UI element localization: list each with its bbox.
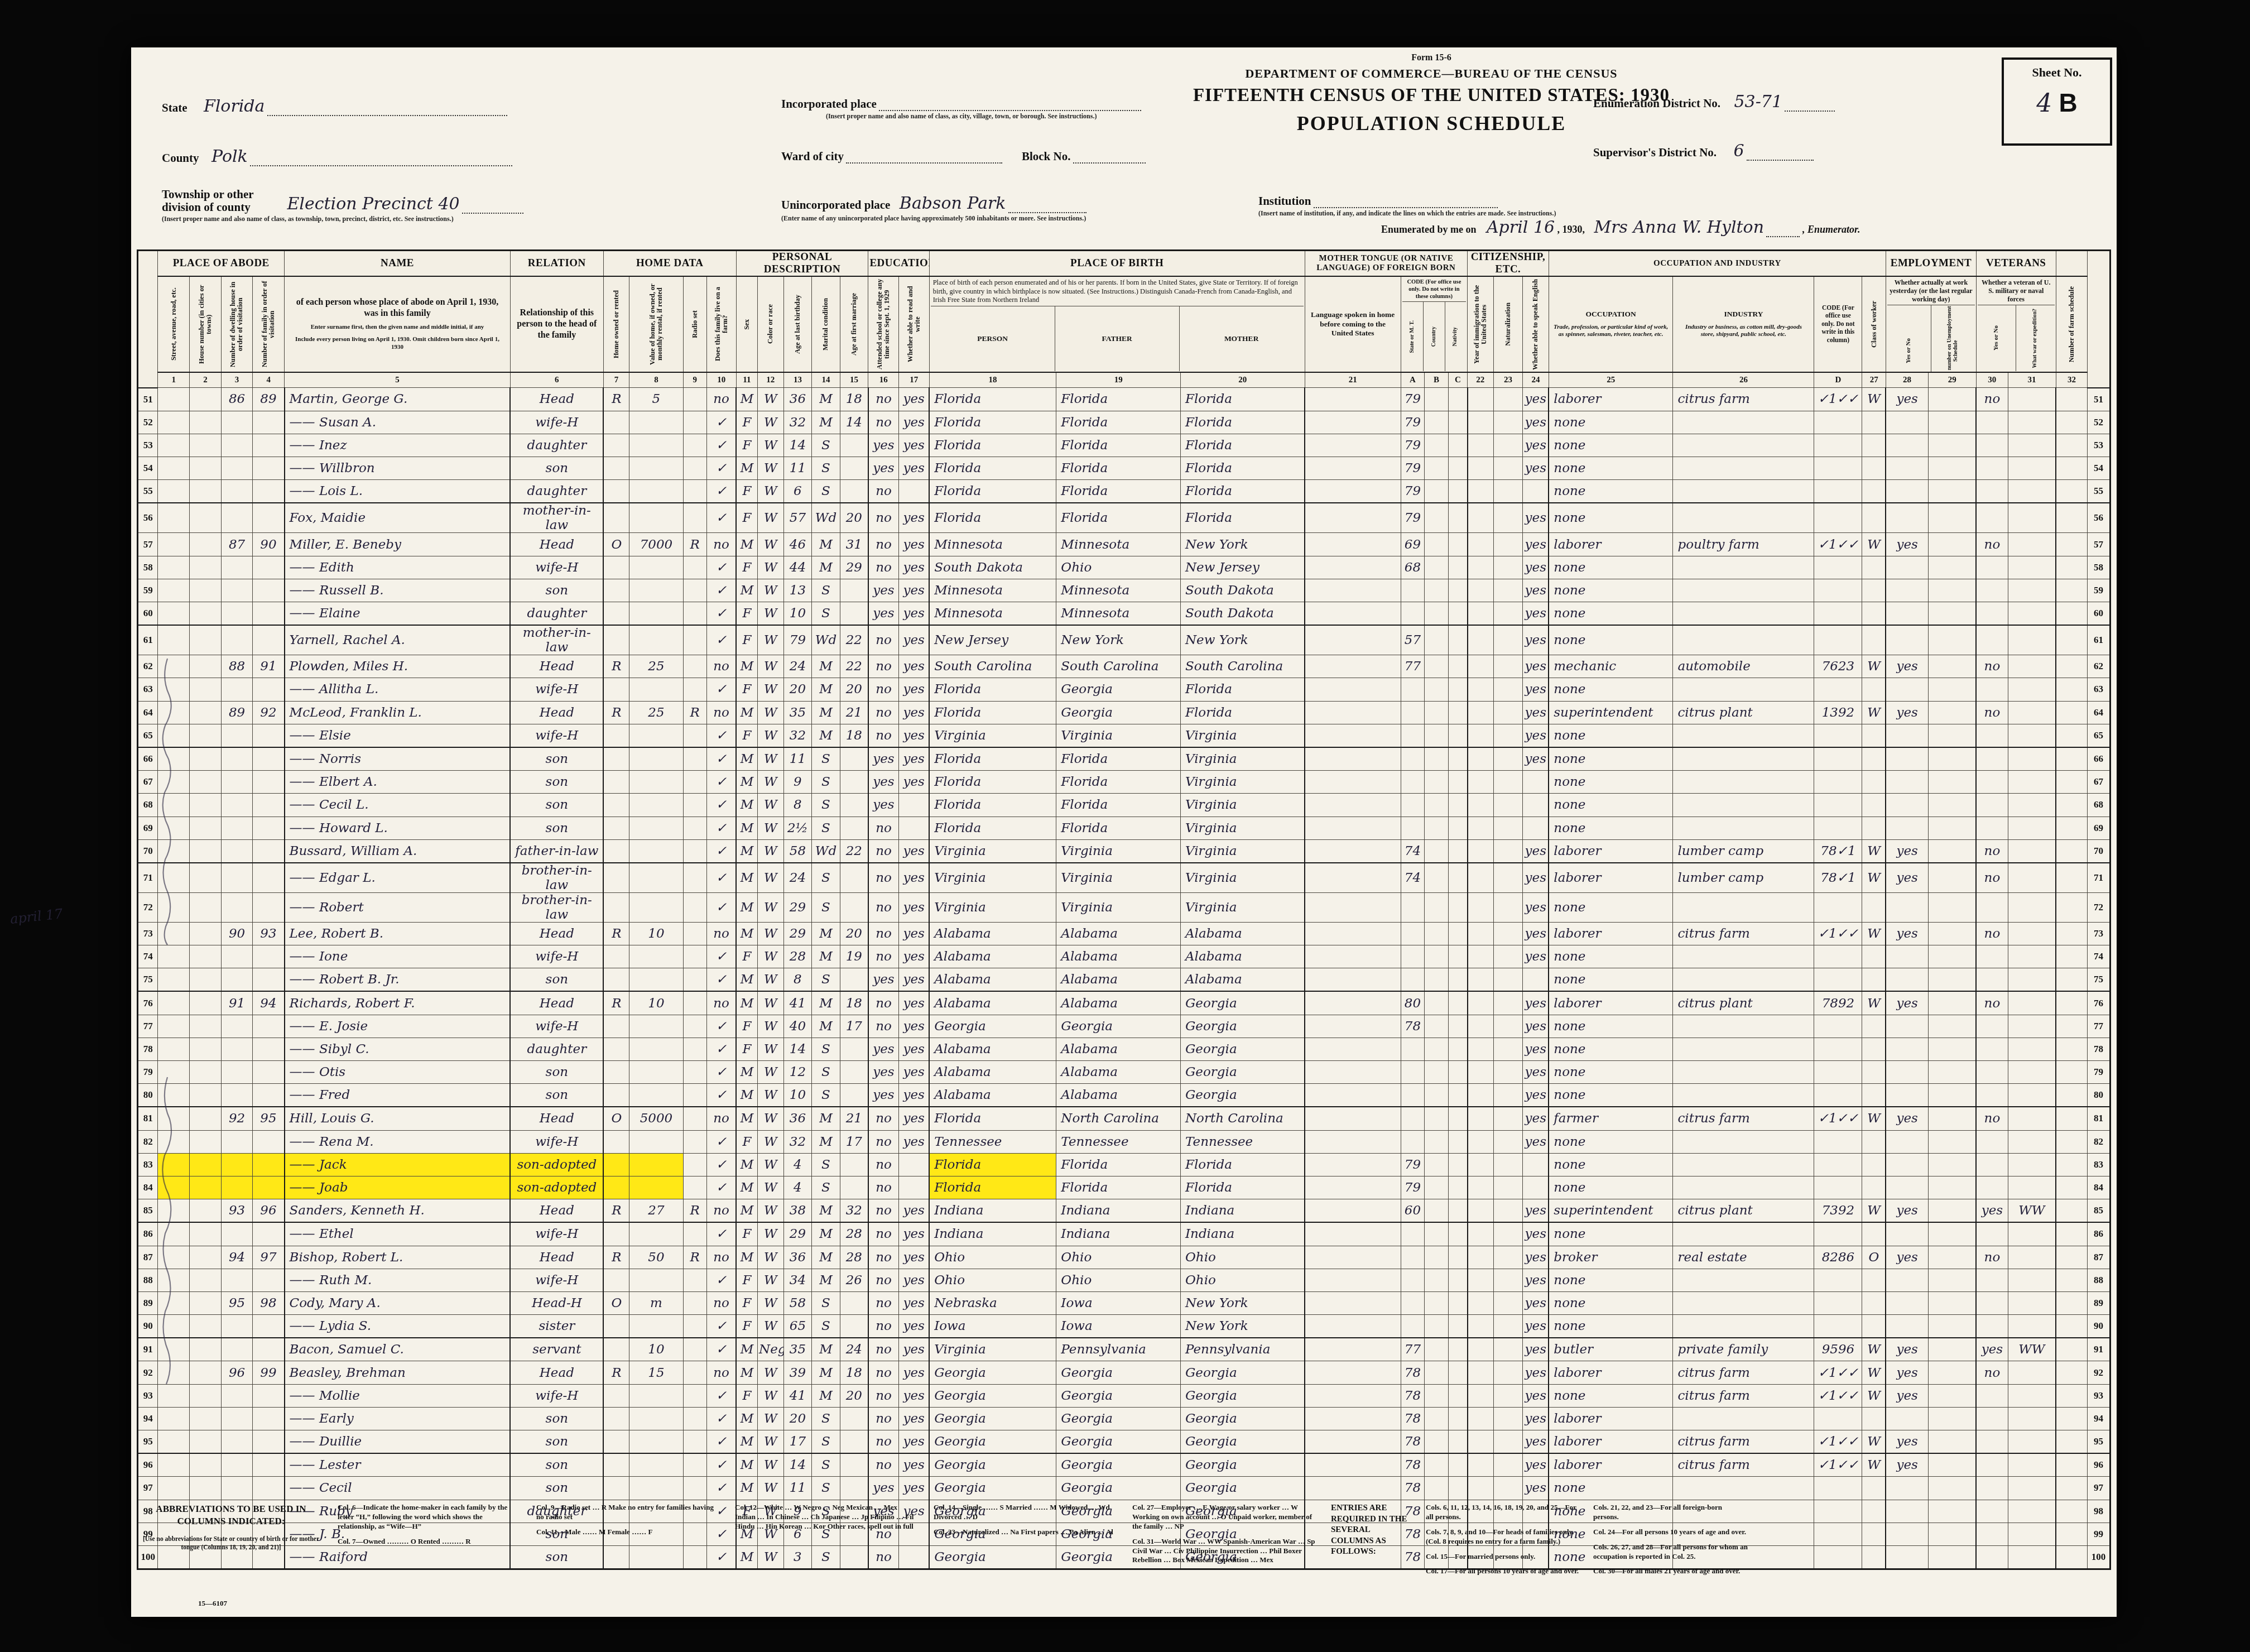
cell-st	[158, 945, 190, 968]
cell-cl	[1862, 1084, 1886, 1107]
cell-fm	[253, 602, 285, 626]
cell-im	[1468, 701, 1494, 724]
cell-un	[1928, 1222, 1976, 1246]
cell-na	[1493, 839, 1523, 863]
cell-oc: butler	[1549, 1338, 1673, 1361]
cell-rc: W	[758, 533, 784, 556]
cell-p1: Indiana	[929, 1222, 1056, 1246]
cell-rc: W	[758, 1384, 784, 1407]
incorporated-rule	[879, 97, 1141, 111]
cell-in	[1673, 678, 1814, 701]
cell-dw: 87	[221, 533, 253, 556]
line-number-col-right	[2088, 251, 2110, 388]
street-column-handwriting	[160, 656, 175, 946]
cell-ag: 17	[783, 1430, 812, 1454]
cell-ca: 78	[1401, 1453, 1425, 1477]
cell-rc: W	[758, 556, 784, 579]
line-number-right: 76	[2088, 991, 2110, 1015]
cell-wk	[1886, 678, 1928, 701]
cell-vt	[1976, 1222, 2008, 1246]
cell-vt	[1976, 434, 2008, 457]
cell-p3: Georgia	[1180, 1038, 1305, 1060]
cell-wr	[2008, 1291, 2056, 1314]
language-col-header: Language spoken in home before coming to…	[1305, 276, 1401, 372]
cell-sc: yes	[868, 602, 899, 626]
cell-fa: ✓	[707, 1153, 737, 1176]
col-header: Color or race	[758, 276, 784, 372]
cell-wr	[2008, 1153, 2056, 1176]
cell-fs	[2056, 1084, 2088, 1107]
cell-dw	[221, 1153, 253, 1176]
cell-sx: M	[736, 1153, 757, 1176]
cell-p1: Virginia	[929, 839, 1056, 863]
cell-hn	[190, 480, 222, 503]
cell-lg	[1305, 945, 1401, 968]
cell-vt: no	[1976, 1361, 2008, 1384]
cell-sc: no	[868, 1338, 899, 1361]
cell-rc: W	[758, 1269, 784, 1291]
cell-in	[1673, 411, 1814, 434]
cell-r	[683, 1407, 707, 1430]
cell-fs	[2056, 1453, 2088, 1477]
cell-rl: brother-in-law	[510, 892, 603, 922]
cell-lg	[1305, 1153, 1401, 1176]
legend-col31: Col. 31—World War … WW Spanish-American …	[1132, 1537, 1316, 1565]
cell-oc: none	[1549, 1222, 1673, 1246]
cell-ms: S	[812, 480, 840, 503]
cell-rl: daughter	[510, 602, 603, 626]
cell-rl: wife-H	[510, 1015, 603, 1038]
col-header: Marital condition	[812, 276, 840, 372]
cell-cl: W	[1862, 922, 1886, 945]
cell-am	[840, 747, 868, 771]
cell-ca	[1401, 892, 1425, 922]
cell-ag: 38	[783, 1199, 812, 1223]
cell-ag: 8	[783, 968, 812, 992]
institution-field: Institution (Insert name of institution,…	[1258, 194, 1556, 218]
person-row-52: 52—— Susan A.wife-H✓FW32M14noyesFloridaF…	[138, 411, 2110, 434]
cell-cc	[1448, 863, 1467, 893]
cell-oc: laborer	[1549, 1430, 1673, 1454]
cell-na	[1493, 1176, 1523, 1199]
cell-wk	[1886, 724, 1928, 747]
cell-p1: Virginia	[929, 1338, 1056, 1361]
line-number-right: 95	[2088, 1430, 2110, 1454]
cell-wr	[2008, 945, 2056, 968]
cell-cb	[1425, 1477, 1449, 1500]
cell-sc: yes	[868, 1038, 899, 1060]
cell-hn	[190, 1269, 222, 1291]
cell-in	[1673, 968, 1814, 992]
cell-dw	[221, 945, 253, 968]
cell-p3: Georgia	[1180, 1407, 1305, 1430]
cell-cb	[1425, 1130, 1449, 1153]
cell-rl: daughter	[510, 1038, 603, 1060]
cell-dw	[221, 602, 253, 626]
cell-en: yes	[1523, 1430, 1549, 1454]
line-number-right: 60	[2088, 602, 2110, 626]
cell-cd	[1814, 892, 1862, 922]
cell-am	[840, 1038, 868, 1060]
cell-un	[1928, 991, 1976, 1015]
person-row-95: 95—— Duillieson✓MW17SnoyesGeorgiaGeorgia…	[138, 1430, 2110, 1454]
cell-sx: F	[736, 1384, 757, 1407]
cell-o: R	[603, 1199, 629, 1223]
cell-vt	[1976, 1384, 2008, 1407]
cell-fm	[253, 817, 285, 839]
cell-nm: —— Jack	[285, 1153, 511, 1176]
cell-sx: M	[736, 892, 757, 922]
cell-dw	[221, 1222, 253, 1246]
cell-r	[683, 863, 707, 893]
cell-p1: Minnesota	[929, 602, 1056, 626]
cell-cb	[1425, 1199, 1449, 1223]
cell-fa: ✓	[707, 1061, 737, 1084]
cell-nm: Plowden, Miles H.	[285, 655, 511, 678]
cell-rw: yes	[899, 922, 930, 945]
cell-lg	[1305, 655, 1401, 678]
line-number-right: 96	[2088, 1453, 2110, 1477]
line-number-right: 74	[2088, 945, 2110, 968]
cell-fa: no	[707, 991, 737, 1015]
cell-ca: 79	[1401, 411, 1425, 434]
line-number-right: 63	[2088, 678, 2110, 701]
cell-v: 25	[629, 655, 683, 678]
line-number: 58	[138, 556, 158, 579]
cell-p1: Georgia	[929, 1407, 1056, 1430]
cell-cd	[1814, 1130, 1862, 1153]
cell-un	[1928, 1130, 1976, 1153]
line-number-right: 64	[2088, 701, 2110, 724]
cell-sx: M	[736, 817, 757, 839]
cell-im	[1468, 503, 1494, 533]
cell-o	[603, 1315, 629, 1338]
cell-r: R	[683, 701, 707, 724]
cell-lg	[1305, 1222, 1401, 1246]
cell-p2: Florida	[1056, 503, 1181, 533]
cell-fm	[253, 411, 285, 434]
cell-fa: ✓	[707, 945, 737, 968]
cell-p1: Nebraska	[929, 1291, 1056, 1314]
cell-sc: no	[868, 1199, 899, 1223]
cell-rw	[899, 1176, 930, 1199]
cell-cd	[1814, 968, 1862, 992]
cell-im	[1468, 1291, 1494, 1314]
cell-p3: Georgia	[1180, 1384, 1305, 1407]
cell-un	[1928, 1176, 1976, 1199]
cell-en: yes	[1523, 1199, 1549, 1223]
cell-na	[1493, 922, 1523, 945]
cell-un	[1928, 411, 1976, 434]
cell-o	[603, 625, 629, 655]
cell-fa: ✓	[707, 579, 737, 602]
cell-o	[603, 434, 629, 457]
cell-fm	[253, 457, 285, 480]
cell-en: yes	[1523, 655, 1549, 678]
sheet-number-box: Sheet No. 4 B	[2002, 57, 2112, 146]
col-header: Attended school or college any time sinc…	[868, 276, 899, 372]
cell-fs	[2056, 1246, 2088, 1269]
cell-rc: W	[758, 892, 784, 922]
cell-ms: S	[812, 579, 840, 602]
cell-st	[158, 1038, 190, 1060]
cell-p1: South Dakota	[929, 556, 1056, 579]
cell-fm	[253, 839, 285, 863]
cell-r	[683, 1338, 707, 1361]
cell-vt	[1976, 1015, 2008, 1038]
cell-rw: yes	[899, 892, 930, 922]
cell-im	[1468, 655, 1494, 678]
legend-note: [Use no abbreviations for State or count…	[139, 1535, 323, 1552]
cell-cc	[1448, 655, 1467, 678]
cell-sc: no	[868, 556, 899, 579]
cell-en: yes	[1523, 1407, 1549, 1430]
cell-st	[158, 434, 190, 457]
cell-p2: Virginia	[1056, 892, 1181, 922]
cell-cl	[1862, 817, 1886, 839]
cell-im	[1468, 1361, 1494, 1384]
cell-fs	[2056, 945, 2088, 968]
cell-rc: W	[758, 724, 784, 747]
cell-dw: 89	[221, 701, 253, 724]
cell-in: citrus plant	[1673, 701, 1814, 724]
cell-un	[1928, 655, 1976, 678]
cell-sx: F	[736, 1291, 757, 1314]
line-number: 79	[138, 1061, 158, 1084]
cell-wk	[1886, 1153, 1928, 1176]
cell-am	[840, 1153, 868, 1176]
cell-fa: no	[707, 533, 737, 556]
person-row-54: 54—— Willbronson✓MW11SyesyesFloridaFlori…	[138, 457, 2110, 480]
person-row-51: 518689Martin, George G.HeadR5noMW36M18no…	[138, 388, 2110, 411]
cell-cb	[1425, 1338, 1449, 1361]
cell-nm: Martin, George G.	[285, 388, 511, 411]
cell-cl	[1862, 480, 1886, 503]
cell-wk: yes	[1886, 1199, 1928, 1223]
cell-oc: none	[1549, 1038, 1673, 1060]
cell-ca	[1401, 1315, 1425, 1338]
cell-p2: Georgia	[1056, 701, 1181, 724]
cell-dw: 94	[221, 1246, 253, 1269]
group-g_education: EDUCATION	[868, 251, 929, 277]
line-number-right: 65	[2088, 724, 2110, 747]
col-number-27: 27	[1862, 372, 1886, 388]
cell-cb	[1425, 602, 1449, 626]
cell-wr	[2008, 1453, 2056, 1477]
cell-cd	[1814, 457, 1862, 480]
cell-wk	[1886, 434, 1928, 457]
cell-ms: S	[812, 1176, 840, 1199]
cell-fm	[253, 1407, 285, 1430]
cell-im	[1468, 922, 1494, 945]
cell-un	[1928, 1291, 1976, 1314]
cell-dw	[221, 1130, 253, 1153]
cell-ag: 36	[783, 388, 812, 411]
cell-fa: ✓	[707, 678, 737, 701]
cell-im	[1468, 892, 1494, 922]
cell-oc: none	[1549, 1291, 1673, 1314]
cell-oc: laborer	[1549, 1407, 1673, 1430]
cell-ca	[1401, 1269, 1425, 1291]
cell-p2: Georgia	[1056, 1015, 1181, 1038]
cell-fa: no	[707, 922, 737, 945]
cell-rw: yes	[899, 602, 930, 626]
cell-wk	[1886, 892, 1928, 922]
cell-fs	[2056, 1291, 2088, 1314]
cell-dw	[221, 1384, 253, 1407]
cell-rc: W	[758, 678, 784, 701]
cell-cb	[1425, 968, 1449, 992]
cell-hn	[190, 701, 222, 724]
census-sheet: Form 15-6 DEPARTMENT OF COMMERCE—BUREAU …	[131, 47, 2117, 1617]
cell-fm	[253, 724, 285, 747]
cell-p2: Florida	[1056, 794, 1181, 817]
line-number: 72	[138, 892, 158, 922]
cell-rc: W	[758, 1246, 784, 1269]
person-row-69: 69—— Howard L.son✓MW2½SnoFloridaFloridaV…	[138, 817, 2110, 839]
cell-ms: M	[812, 1246, 840, 1269]
cell-vt	[1976, 817, 2008, 839]
cell-p1: Georgia	[929, 1361, 1056, 1384]
cell-o: R	[603, 655, 629, 678]
cell-v	[629, 968, 683, 992]
cell-im	[1468, 817, 1494, 839]
cell-na	[1493, 991, 1523, 1015]
cell-v	[629, 1038, 683, 1060]
cell-v	[629, 945, 683, 968]
cell-p1: Georgia	[929, 1384, 1056, 1407]
cell-am	[840, 968, 868, 992]
cell-p3: Georgia	[1180, 1084, 1305, 1107]
cell-na	[1493, 1061, 1523, 1084]
cell-p1: Florida	[929, 457, 1056, 480]
cell-sx: F	[736, 724, 757, 747]
unincorporated-rule	[1008, 199, 1086, 213]
cell-sx: M	[736, 1338, 757, 1361]
cell-rl: Head	[510, 1107, 603, 1130]
cell-am: 28	[840, 1246, 868, 1269]
cell-o	[603, 863, 629, 893]
cell-in	[1673, 1038, 1814, 1060]
cell-st	[158, 991, 190, 1015]
cell-am: 19	[840, 945, 868, 968]
cell-fa: ✓	[707, 1130, 737, 1153]
cell-wr	[2008, 457, 2056, 480]
cell-fm	[253, 1084, 285, 1107]
cell-fm: 96	[253, 1199, 285, 1223]
cell-ms: M	[812, 1384, 840, 1407]
line-number-right: 69	[2088, 817, 2110, 839]
legend-col-d: Col. 14—Single …… S Married …… M Widowed…	[934, 1503, 1118, 1582]
cell-rw: yes	[899, 1038, 930, 1060]
cell-rl: son	[510, 1477, 603, 1500]
col-number-10: 10	[707, 372, 737, 388]
cell-st	[158, 1407, 190, 1430]
cell-rl: son	[510, 1084, 603, 1107]
cell-v	[629, 863, 683, 893]
cell-ag: 10	[783, 1084, 812, 1107]
code-cols-header: CODE (For office use only. Do not write …	[1401, 276, 1467, 372]
cell-wr: WW	[2008, 1338, 2056, 1361]
cell-cd	[1814, 945, 1862, 968]
cell-sc: no	[868, 1384, 899, 1407]
cell-hn	[190, 968, 222, 992]
legend-col-b: Col. 9—Radio set … R Make no entry for f…	[536, 1503, 720, 1582]
cell-p2: Florida	[1056, 1153, 1181, 1176]
cell-cc	[1448, 724, 1467, 747]
cell-oc: none	[1549, 602, 1673, 626]
cell-rc: W	[758, 1107, 784, 1130]
cell-p2: North Carolina	[1056, 1107, 1181, 1130]
line-number: 90	[138, 1315, 158, 1338]
cell-hn	[190, 1015, 222, 1038]
cell-sc: no	[868, 678, 899, 701]
cell-am: 17	[840, 1130, 868, 1153]
cell-wr	[2008, 1246, 2056, 1269]
cell-fm: 95	[253, 1107, 285, 1130]
cell-hn	[190, 1430, 222, 1454]
cell-fs	[2056, 602, 2088, 626]
cell-im	[1468, 771, 1494, 794]
legend-col27: Col. 27—Employer … E Wage or salary work…	[1132, 1503, 1316, 1531]
cell-cd	[1814, 1269, 1862, 1291]
cell-un	[1928, 701, 1976, 724]
cell-rw	[899, 817, 930, 839]
cell-p2: Georgia	[1056, 1384, 1181, 1407]
cell-hn	[190, 771, 222, 794]
cell-nm: —— Russell B.	[285, 579, 511, 602]
cell-ca: 78	[1401, 1361, 1425, 1384]
cell-p2: Indiana	[1056, 1199, 1181, 1223]
cell-cd: ✓1✓✓	[1814, 1430, 1862, 1454]
cell-sx: M	[736, 1477, 757, 1500]
cell-hn	[190, 1084, 222, 1107]
cell-nm: —— Ethel	[285, 1222, 511, 1246]
cell-r	[683, 1315, 707, 1338]
cell-lg	[1305, 625, 1401, 655]
cell-cl: W	[1862, 1338, 1886, 1361]
line-number: 92	[138, 1361, 158, 1384]
cell-fs	[2056, 1338, 2088, 1361]
cell-r	[683, 411, 707, 434]
cell-rl: Head	[510, 1246, 603, 1269]
cell-cb	[1425, 1084, 1449, 1107]
cell-fa: ✓	[707, 1453, 737, 1477]
cell-st	[158, 457, 190, 480]
cell-im	[1468, 945, 1494, 968]
cell-un	[1928, 602, 1976, 626]
cell-vt	[1976, 602, 2008, 626]
cell-dw	[221, 1084, 253, 1107]
cell-wk: yes	[1886, 922, 1928, 945]
cell-cb	[1425, 388, 1449, 411]
cell-cl	[1862, 1407, 1886, 1430]
cell-p2: Georgia	[1056, 1407, 1181, 1430]
cell-cl	[1862, 892, 1886, 922]
col-number-21: 21	[1305, 372, 1401, 388]
cell-fa: ✓	[707, 892, 737, 922]
cell-p3: South Carolina	[1180, 655, 1305, 678]
cell-vt	[1976, 892, 2008, 922]
person-row-53: 53—— Inezdaughter✓FW14SyesyesFloridaFlor…	[138, 434, 2110, 457]
col-header: Radio set	[683, 276, 707, 372]
cell-cd	[1814, 1038, 1862, 1060]
group-g_occ: OCCUPATION AND INDUSTRY	[1549, 251, 1886, 277]
cell-ca	[1401, 1061, 1425, 1084]
cell-p1: Florida	[929, 411, 1056, 434]
cell-un	[1928, 945, 1976, 968]
line-number: 81	[138, 1107, 158, 1130]
